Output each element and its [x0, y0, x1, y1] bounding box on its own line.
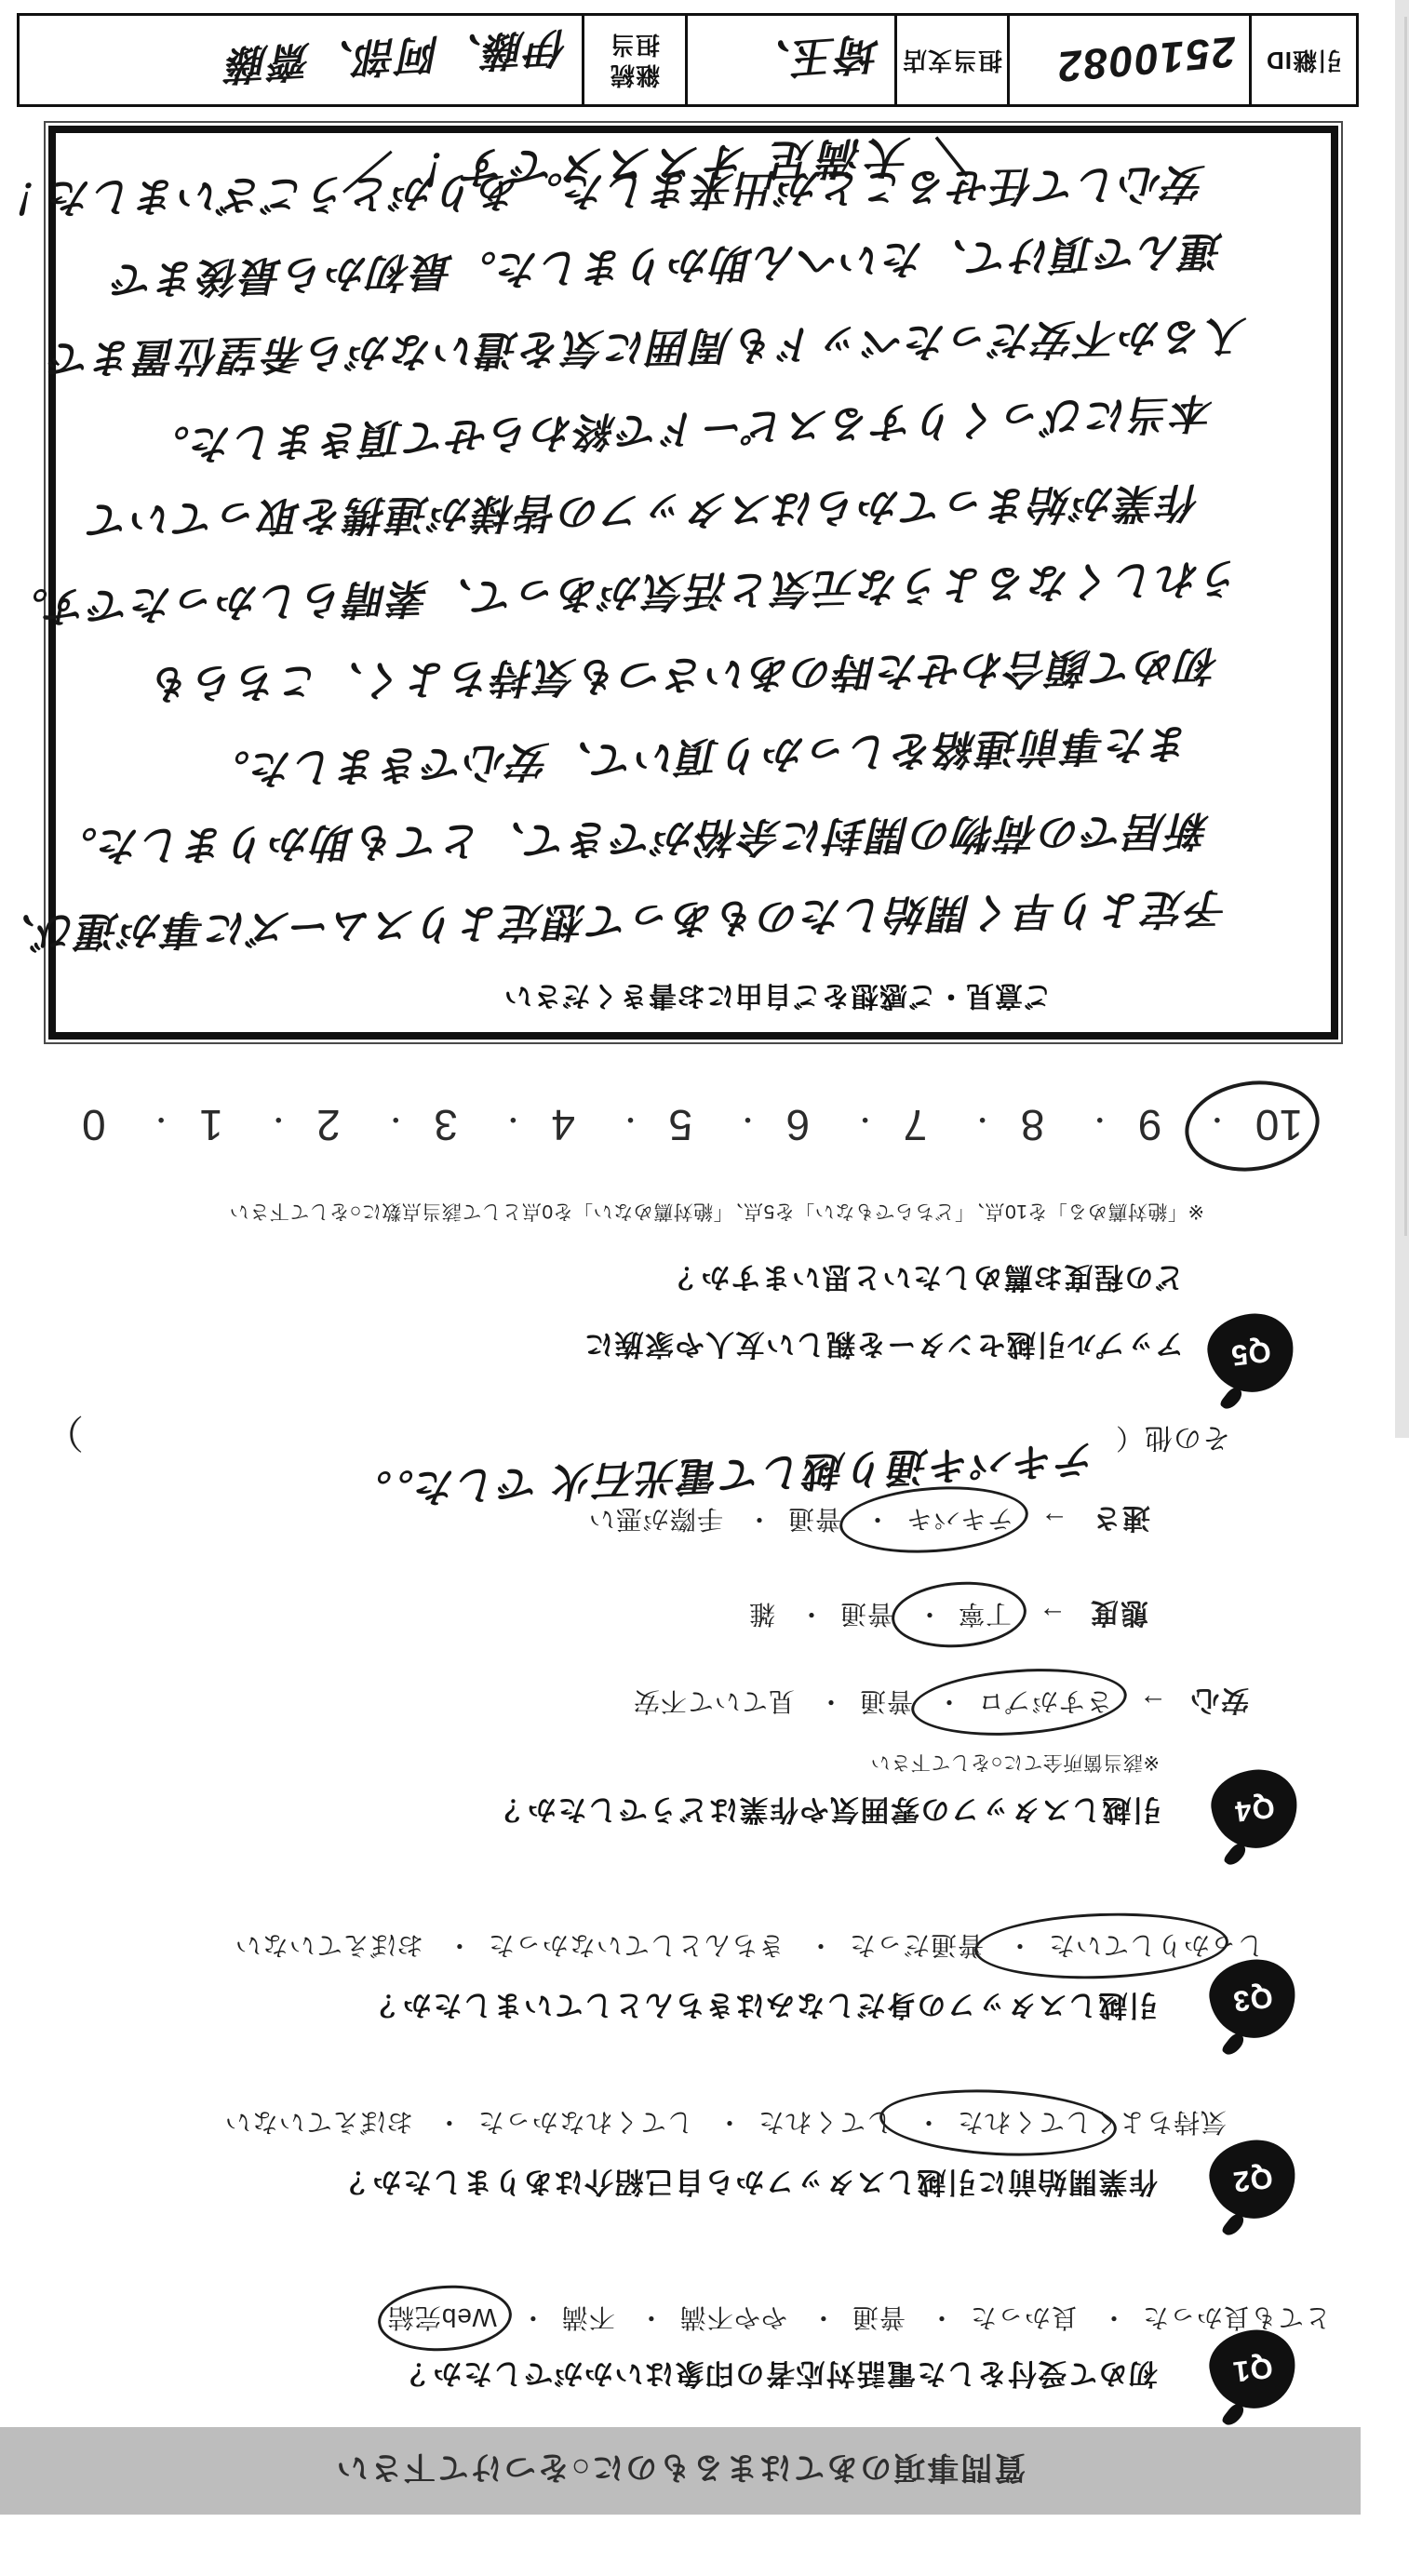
q4-other-suffix: ）	[45, 1407, 84, 1463]
scanned-survey-page: 質問事項のあてはまるものに○をつけて下さい Q1 初めて受付をした電話対応者の印…	[0, 0, 1409, 2576]
comment-box: ご意見・ご感想をご自由にお書きください 予定より早く開始したのもあって想定よりス…	[48, 126, 1338, 1040]
branch-label-cell: 担当支店	[897, 16, 1010, 104]
comment-line: 運んで頂けて、たいへん助かりました。最初から最後まで	[111, 224, 1224, 313]
comment-line: 作業が始まってからはスタッフの皆様が連携を取っていて	[87, 476, 1201, 554]
comment-box-label: ご意見・ご感想をご自由にお書きください	[503, 978, 1052, 1019]
nps-2: 2	[262, 1100, 342, 1150]
nps-8: 8	[967, 1100, 1047, 1150]
q5-label: Q5	[1203, 1309, 1298, 1398]
q4-row-label: 速さ	[1091, 1500, 1150, 1541]
nps-10-selected: 10	[1201, 1100, 1305, 1150]
nps-3: 3	[380, 1100, 460, 1150]
q2-options: 気持ちよくしてくれた してくれた してくれなかった おぼえていない	[221, 2103, 1230, 2144]
q4-row-option: 雑	[745, 1595, 779, 1636]
nps-6: 6	[732, 1100, 812, 1150]
q5-note: ※「絶対薦める」を10点、「どちらでもない」を5点、「絶対薦めない」を0点として…	[229, 1199, 1204, 1227]
comment-line: 初めて顔合わせた時のあいさつも気持ちよく、こちらも	[149, 639, 1219, 718]
staff-value-cell: 伊藤、阿部、齋藤	[20, 16, 584, 104]
q4-row-option: 見ていて不安	[629, 1683, 798, 1724]
q1-option-selected: Web完結	[383, 2299, 501, 2340]
comment-line: 予定より早く開始したのもあって想定よりスムーズに事が運び、	[0, 881, 1229, 967]
instruction-bar: 質問事項のあてはまるものに○をつけて下さい	[0, 2427, 1361, 2515]
q3-option: 普通だった	[788, 1926, 987, 1967]
q1-option: 不満	[501, 2299, 619, 2340]
nps-9: 9	[1084, 1100, 1164, 1150]
instruction-bar-text: 質問事項のあてはまるものに○をつけて下さい	[335, 2449, 1027, 2494]
q4-bubble-icon: Q4	[1210, 1766, 1299, 1856]
handover-table: 引継ID 2510082 担当支店 埼玉、 継続担当 伊藤、阿部、齋藤	[17, 13, 1359, 107]
q3-label: Q3	[1205, 1955, 1300, 2044]
comment-line: 入るか不安だったベッドも周囲に気を遣いながら希望位置まで	[48, 310, 1248, 393]
q4-row-option-selected: さすがプロ	[917, 1683, 1116, 1724]
scan-edge-line-artifact	[1404, 17, 1407, 1236]
nps-5: 5	[614, 1100, 694, 1150]
q5-question-line2: どの程度お薦めしたいと思いますか？	[670, 1259, 1185, 1301]
staff-value: 伊藤、阿部、齋藤	[225, 21, 570, 99]
staff-label: 継続担当	[602, 30, 667, 90]
q1-option: 普通	[791, 2299, 909, 2340]
q4-row-label: 態度	[1089, 1595, 1148, 1636]
nps-scale: 10 9 8 7 6 5 4 3 2 1 0	[80, 1100, 1305, 1150]
q3-option-selected: しっかりしていた	[987, 1926, 1268, 1967]
q5-bubble-icon: Q5	[1206, 1310, 1295, 1400]
q4-row-label: 安心	[1189, 1683, 1249, 1724]
nps-7: 7	[850, 1100, 930, 1150]
handover-id-label-cell: 引継ID	[1252, 16, 1356, 104]
q4-question: 引越しスタッフの雰囲気や作業はどうでしたか？	[496, 1791, 1161, 1833]
q4-label: Q4	[1207, 1765, 1302, 1854]
q3-question: 引越しスタッフの身だしなみはきちんとしていましたか？	[371, 1987, 1158, 2029]
q2-option: おぼえていない	[221, 2103, 417, 2144]
comment-line: また事前連絡をしっかり頂いて、安心できました。	[207, 717, 1191, 803]
q5-question-line1: アップル引越センターを親しい友人や家族に	[584, 1326, 1184, 1368]
q3-options: しっかりしていた 普通だった きちんとしていなかった おぼえていない	[231, 1926, 1268, 1967]
q4-row-taido: 態度 → 丁寧 普通 雑	[745, 1595, 1148, 1636]
q4-note: ※該当箇所全てに○をして下さい	[870, 1750, 1160, 1778]
nps-1: 1	[145, 1100, 225, 1150]
q2-option: してくれなかった	[417, 2103, 697, 2144]
handover-id-value: 2510082	[1054, 27, 1238, 93]
comment-line: 本当にびっくりするスピードで終わらせて頂きました。	[146, 386, 1214, 479]
q3-bubble-icon: Q3	[1208, 1956, 1297, 2046]
nps-0: 0	[80, 1100, 108, 1150]
q3-option: おぼえていない	[231, 1926, 427, 1967]
q4-other-prefix: その他（	[1115, 1420, 1230, 1461]
staff-label-cell: 継続担当	[584, 16, 688, 104]
q4-row-option: 普通	[798, 1683, 917, 1724]
q1-options: とても良かった 良かった 普通 やや不満 不満 Web完結	[383, 2299, 1335, 2340]
branch-value-cell: 埼玉、	[688, 16, 897, 104]
q4-row-option: 普通	[779, 1595, 897, 1636]
comment-line: 新居での荷物の開封に余裕ができて、とても助かりました。	[54, 804, 1210, 879]
q2-question: 作業開始前に引越しスタッフから自己紹介はありましたか？	[342, 2164, 1159, 2206]
q1-bubble-icon: Q1	[1208, 2327, 1297, 2416]
q2-option: してくれた	[697, 2103, 896, 2144]
arrow-icon: →	[1138, 1687, 1167, 1719]
arrow-icon: →	[1040, 1505, 1068, 1536]
survey-paper-rotated: 質問事項のあてはまるものに○をつけて下さい Q1 初めて受付をした電話対応者の印…	[0, 0, 1409, 2576]
comment-line: うれしくなるような元気と活気があって、素晴らしかったです。	[5, 552, 1242, 641]
q1-question: 初めて受付をした電話対応者の印象はいかがでしたか？	[402, 2355, 1159, 2397]
q2-bubble-icon: Q2	[1208, 2137, 1297, 2226]
nps-4: 4	[497, 1100, 577, 1150]
q4-row-option-selected: テキパキ	[845, 1500, 1017, 1541]
handover-id-label: 引継ID	[1266, 45, 1342, 75]
q3-option: きちんとしていなかった	[427, 1926, 788, 1967]
q1-option: とても良かった	[1081, 2299, 1335, 2340]
q4-row-anshin: 安心 → さすがプロ 普通 見ていて不安	[629, 1683, 1249, 1724]
q4-row-option: 普通	[727, 1500, 845, 1541]
q1-option: 良かった	[909, 2299, 1081, 2340]
arrow-icon: →	[1038, 1600, 1067, 1631]
q2-option-selected: 気持ちよくしてくれた	[896, 2103, 1230, 2144]
branch-value: 埼玉、	[745, 25, 883, 96]
q2-label: Q2	[1205, 2136, 1300, 2224]
handover-id-value-cell: 2510082	[1010, 16, 1252, 104]
branch-label: 担当支店	[902, 45, 1002, 75]
q1-option: やや不満	[619, 2299, 791, 2340]
q4-row-option-selected: 丁寧	[897, 1595, 1015, 1636]
